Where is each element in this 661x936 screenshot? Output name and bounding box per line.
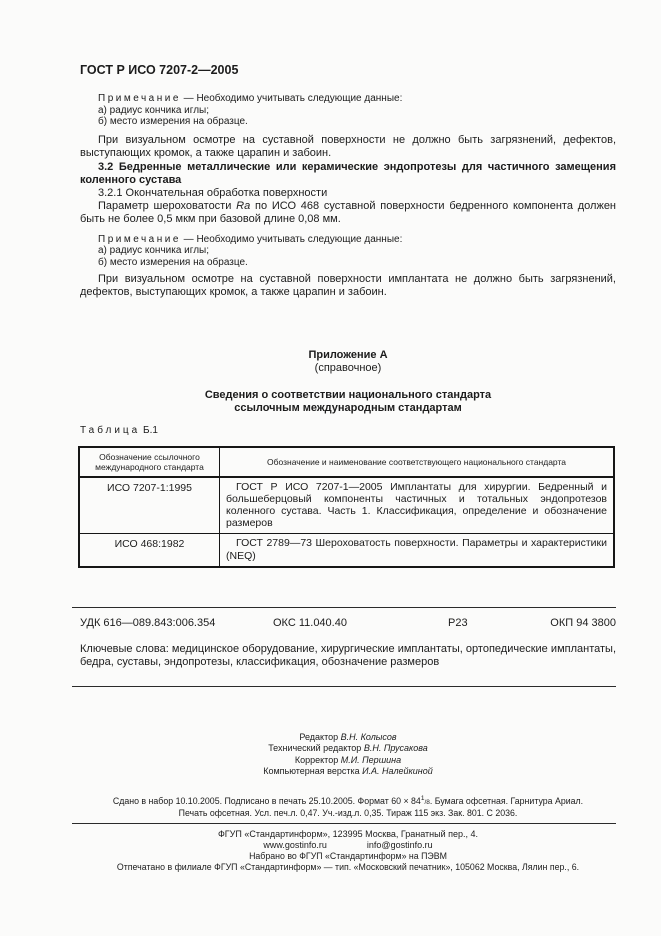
paragraph-visual-inspection-1: При визуальном осмотре на суставной пове… [80,134,616,160]
staff-name: В.Н. Колысов [341,732,397,742]
classification-codes-row: УДК 616—089.843:006.354 ОКС 11.040.40 Р2… [80,617,616,630]
publisher-address-line: ФГУП «Стандартинформ», 123995 Москва, Гр… [80,829,616,840]
note-item-a: а) радиус кончика иглы; [80,245,616,257]
staff-name: В.Н. Прусакова [364,743,428,753]
typeset-line: Набрано во ФГУП «Стандартинформ» на ПЭВМ [80,851,616,862]
okp-code: ОКП 94 3800 [550,617,616,629]
staff-role: Технический редактор [268,743,364,753]
group-code: Р23 [448,617,468,629]
document-header: ГОСТ Р ИСО 7207-2—2005 [80,64,616,77]
editorial-staff-block: Редактор В.Н. Колысов Технический редакт… [80,732,616,778]
table-row: ИСО 7207-1:1995 ГОСТ Р ИСО 7207-1—2005 И… [79,477,614,534]
table-header-desc: Обозначение и наименование соответствующ… [220,447,615,477]
publisher-email: info@gostinfo.ru [367,840,433,851]
staff-line-corrector: Корректор М.И. Першина [80,755,616,767]
print-info-line-2: Печать офсетная. Усл. печ.л. 0,47. Уч.-и… [80,808,616,820]
note-block-2: Примечание — Необходимо учитывать следую… [80,234,616,269]
paragraph-visual-inspection-2: При визуальном осмотре на суставной пове… [80,273,616,299]
table-header-row: Обозначение ссылочного международного ст… [79,447,614,477]
keywords-paragraph: Ключевые слова: медицинское оборудование… [80,643,616,669]
roughness-parameter-ra: Ra [236,200,250,212]
page-content: ГОСТ Р ИСО 7207-2—2005 Примечание — Необ… [0,0,661,874]
print-info-pre: Сдано в набор 10.10.2005. Подписано в пе… [113,796,421,806]
print-info-block: Сдано в набор 10.10.2005. Подписано в пе… [80,793,616,820]
staff-line-editor: Редактор В.Н. Колысов [80,732,616,744]
appendix-heading: Сведения о соответствии национального ст… [80,389,616,415]
publisher-contacts-line: www.gostinfo.ruinfo@gostinfo.ru [80,840,616,851]
table-cell-ref: ИСО 468:1982 [79,534,220,567]
appendix-title: Приложение А [80,349,616,362]
appendix-heading-line-2: ссылочным международным стандартам [80,402,616,415]
divider-above-publisher [72,823,616,824]
section-heading-3-2: 3.2 Бедренные металлические или керамиче… [80,161,616,187]
table-cell-ref: ИСО 7207-1:1995 [79,477,220,534]
table-header-ref: Обозначение ссылочного международного ст… [79,447,220,477]
paragraph-roughness: Параметр шероховатости Ra по ИСО 468 сус… [80,200,616,226]
note-item-b: б) место измерения на образце. [80,257,616,269]
note-text: — Необходимо учитывать следующие данные: [181,93,402,104]
oks-code: ОКС 11.040.40 [273,617,347,629]
note-block-1: Примечание — Необходимо учитывать следую… [80,93,616,128]
staff-role: Корректор [295,755,341,765]
subsection-heading-3-2-1: 3.2.1 Окончательная обработка поверхност… [80,187,616,200]
staff-role: Компьютерная верстка [263,766,362,776]
staff-name: М.И. Першина [341,755,401,765]
table-body: ИСО 7207-1:1995 ГОСТ Р ИСО 7207-1—2005 И… [79,477,614,567]
udk-code: УДК 616—089.843:006.354 [80,617,215,629]
staff-role: Редактор [299,732,340,742]
note-line: Примечание — Необходимо учитывать следую… [80,234,616,246]
roughness-text-pre: Параметр шероховатости [98,200,236,212]
table-cell-desc: ГОСТ 2789—73 Шероховатость поверхности. … [220,534,615,567]
printed-line: Отпечатано в филиале ФГУП «Стандартинфор… [80,862,616,873]
table-label: Таблица Б.1 [80,425,616,437]
table-label-number: Б.1 [143,425,158,436]
document-page: ГОСТ Р ИСО 7207-2—2005 Примечание — Необ… [0,0,661,936]
appendix-heading-line-1: Сведения о соответствии национального ст… [80,389,616,402]
table-head: Обозначение ссылочного международного ст… [79,447,614,477]
table-cell-desc: ГОСТ Р ИСО 7207-1—2005 Имплантаты для хи… [220,477,615,534]
publisher-block: ФГУП «Стандартинформ», 123995 Москва, Гр… [80,829,616,874]
staff-line-layout: Компьютерная верстка И.А. Налейкиной [80,766,616,778]
divider-above-udc [72,607,616,608]
note-item-a: а) радиус кончика иглы; [80,105,616,117]
staff-name: И.А. Налейкиной [362,766,433,776]
note-label: Примечание [98,234,181,245]
divider-below-keywords [72,686,616,687]
table-label-word: Таблица [80,425,140,436]
note-text: — Необходимо учитывать следующие данные: [181,234,402,245]
staff-line-technical-editor: Технический редактор В.Н. Прусакова [80,743,616,755]
table-row: ИСО 468:1982 ГОСТ 2789—73 Шероховатость … [79,534,614,567]
print-info-rest: . Бумага офсетная. Гарнитура Ариал. [430,796,583,806]
note-item-b: б) место измерения на образце. [80,116,616,128]
print-info-line-1: Сдано в набор 10.10.2005. Подписано в пе… [80,793,616,809]
publisher-website: www.gostinfo.ru [263,840,327,851]
appendix-subtitle: (справочное) [80,362,616,375]
note-label: Примечание [98,93,181,104]
correspondence-table: Обозначение ссылочного международного ст… [78,446,615,568]
note-line: Примечание — Необходимо учитывать следую… [80,93,616,105]
